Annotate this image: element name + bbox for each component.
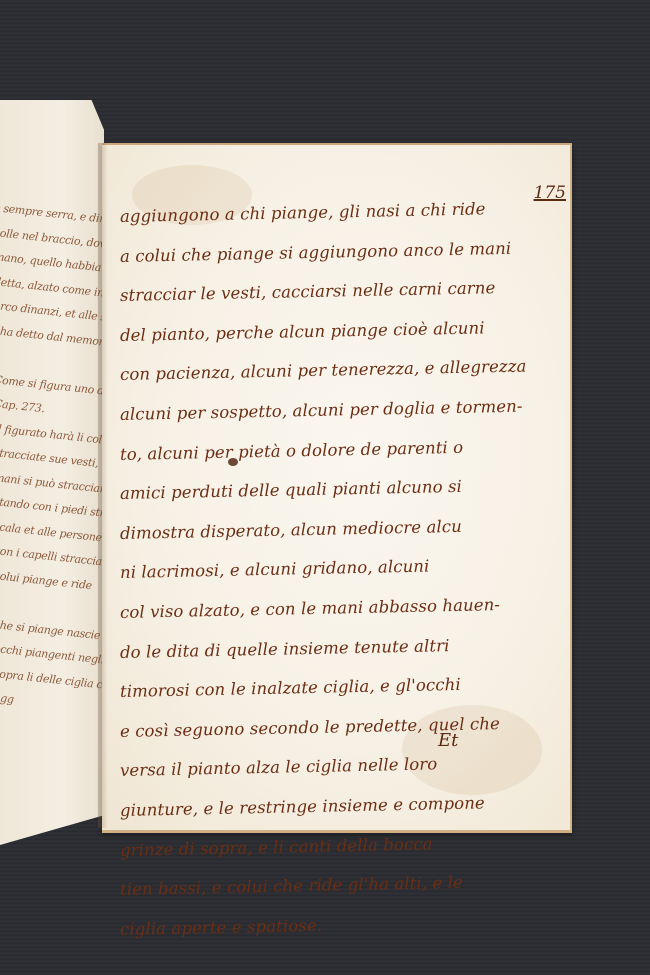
catchword: Et <box>438 730 458 751</box>
folio-number: 175 <box>534 183 566 203</box>
left-page-text: e sempre serra, e dimeno le gran colle n… <box>0 196 104 711</box>
page-gutter <box>98 143 108 828</box>
right-page-text: aggiungono a chi piange, gli nasi a chi … <box>120 197 500 949</box>
left-page-verso: e sempre serra, e dimeno le gran colle n… <box>0 100 104 845</box>
manuscript-line: ciglia aperte e spatiose. <box>120 902 501 950</box>
ink-blot <box>228 458 238 466</box>
